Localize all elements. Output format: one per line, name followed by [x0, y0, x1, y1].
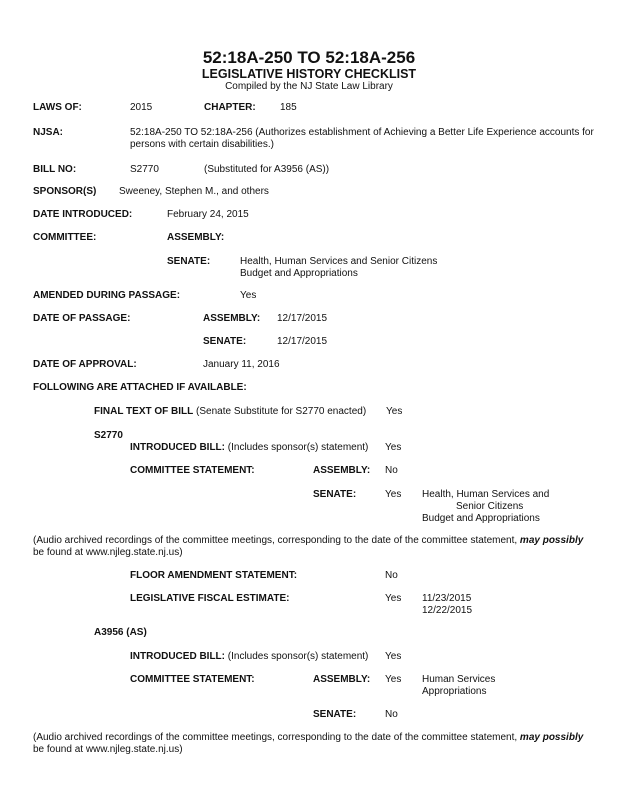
s2770-introduced-label: INTRODUCED BILL:	[130, 442, 225, 453]
laws-of-value: 2015	[130, 102, 152, 114]
audio-note-emphasis: may possibly	[520, 732, 583, 743]
s2770-senate-value: Yes	[385, 489, 401, 501]
passage-assembly-label: ASSEMBLY:	[203, 313, 260, 325]
s2770-fiscal-estimate-value: Yes	[385, 593, 401, 605]
sponsors-label: SPONSOR(S)	[33, 186, 96, 198]
date-of-approval-label: DATE OF APPROVAL:	[33, 359, 137, 371]
s2770-fiscal-estimate-label: LEGISLATIVE FISCAL ESTIMATE:	[130, 593, 289, 605]
compiled-by: Compiled by the NJ State Law Library	[0, 81, 618, 93]
njsa-line-2: persons with certain disabilities.)	[130, 139, 274, 151]
s2770-senate-committee-2: Senior Citizens	[456, 501, 523, 513]
s2770-introduced-row: INTRODUCED BILL: (Includes sponsor(s) st…	[130, 442, 368, 454]
bill-no-note: (Substituted for A3956 (AS))	[204, 164, 329, 176]
s2770-senate-committee-1: Health, Human Services and	[422, 489, 549, 501]
s2770-floor-amendment-label: FLOOR AMENDMENT STATEMENT:	[130, 570, 297, 582]
s2770-assembly-value: No	[385, 465, 398, 477]
a3956-senate-label: SENATE:	[313, 709, 356, 721]
s2770-assembly-label: ASSEMBLY:	[313, 465, 370, 477]
passage-assembly-value: 12/17/2015	[277, 313, 327, 325]
date-introduced-label: DATE INTRODUCED:	[33, 209, 132, 221]
audio-note-link-text: be found at www.njleg.state.nj.us)	[33, 744, 183, 755]
committee-label: COMMITTEE:	[33, 232, 96, 244]
s2770-heading: S2770	[94, 430, 123, 442]
s2770-senate-committee-3: Budget and Appropriations	[422, 513, 540, 525]
audio-note-emphasis: may possibly	[520, 535, 583, 546]
date-introduced-value: February 24, 2015	[167, 209, 249, 221]
s2770-senate-label: SENATE:	[313, 489, 356, 501]
njsa-line-1: 52:18A-250 TO 52:18A-256 (Authorizes est…	[130, 127, 594, 139]
laws-of-label: LAWS OF:	[33, 102, 82, 114]
document-title: 52:18A-250 TO 52:18A-256	[0, 48, 618, 68]
amended-label: AMENDED DURING PASSAGE:	[33, 290, 180, 302]
sponsors-value: Sweeney, Stephen M., and others	[119, 186, 269, 198]
date-of-passage-label: DATE OF PASSAGE:	[33, 313, 130, 325]
chapter-value: 185	[280, 102, 297, 114]
s2770-fiscal-estimate-date-2: 12/22/2015	[422, 605, 472, 617]
a3956-introduced-label: INTRODUCED BILL:	[130, 651, 225, 662]
final-text-label: FINAL TEXT OF BILL	[94, 406, 193, 417]
audio-note-2: (Audio archived recordings of the commit…	[33, 732, 603, 756]
audio-note-text: (Audio archived recordings of the commit…	[33, 535, 520, 546]
final-text-value: Yes	[386, 406, 402, 418]
a3956-senate-value: No	[385, 709, 398, 721]
passage-senate-label: SENATE:	[203, 336, 246, 348]
committee-senate-value-1: Health, Human Services and Senior Citize…	[240, 256, 437, 268]
date-of-approval-value: January 11, 2016	[203, 359, 280, 371]
a3956-assembly-committee-2: Appropriations	[422, 686, 486, 698]
committee-assembly-label: ASSEMBLY:	[167, 232, 224, 244]
a3956-introduced-value: Yes	[385, 651, 401, 663]
bill-no-value: S2770	[130, 164, 159, 176]
committee-senate-value-2: Budget and Appropriations	[240, 268, 358, 280]
audio-note-1: (Audio archived recordings of the commit…	[33, 535, 603, 559]
audio-note-text: (Audio archived recordings of the commit…	[33, 732, 520, 743]
s2770-floor-amendment-value: No	[385, 570, 398, 582]
audio-note-link-text: be found at www.njleg.state.nj.us)	[33, 547, 183, 558]
a3956-assembly-label: ASSEMBLY:	[313, 674, 370, 686]
a3956-introduced-row: INTRODUCED BILL: (Includes sponsor(s) st…	[130, 651, 368, 663]
a3956-heading: A3956 (AS)	[94, 627, 147, 639]
bill-no-label: BILL NO:	[33, 164, 76, 176]
passage-senate-value: 12/17/2015	[277, 336, 327, 348]
attached-heading: FOLLOWING ARE ATTACHED IF AVAILABLE:	[33, 382, 247, 394]
a3956-committee-statement-label: COMMITTEE STATEMENT:	[130, 674, 255, 686]
chapter-label: CHAPTER:	[204, 102, 256, 114]
final-text-note: (Senate Substitute for S2770 enacted)	[196, 406, 366, 417]
s2770-committee-statement-label: COMMITTEE STATEMENT:	[130, 465, 255, 477]
s2770-fiscal-estimate-date-1: 11/23/2015	[422, 593, 471, 605]
committee-senate-label: SENATE:	[167, 256, 210, 268]
amended-value: Yes	[240, 290, 256, 302]
a3956-introduced-note: (Includes sponsor(s) statement)	[228, 651, 369, 662]
a3956-assembly-value: Yes	[385, 674, 401, 686]
a3956-assembly-committee-1: Human Services	[422, 674, 495, 686]
document-subtitle: LEGISLATIVE HISTORY CHECKLIST	[0, 67, 618, 81]
final-text-row: FINAL TEXT OF BILL (Senate Substitute fo…	[94, 406, 366, 418]
s2770-introduced-note: (Includes sponsor(s) statement)	[228, 442, 369, 453]
njsa-label: NJSA:	[33, 127, 63, 139]
s2770-introduced-value: Yes	[385, 442, 401, 454]
